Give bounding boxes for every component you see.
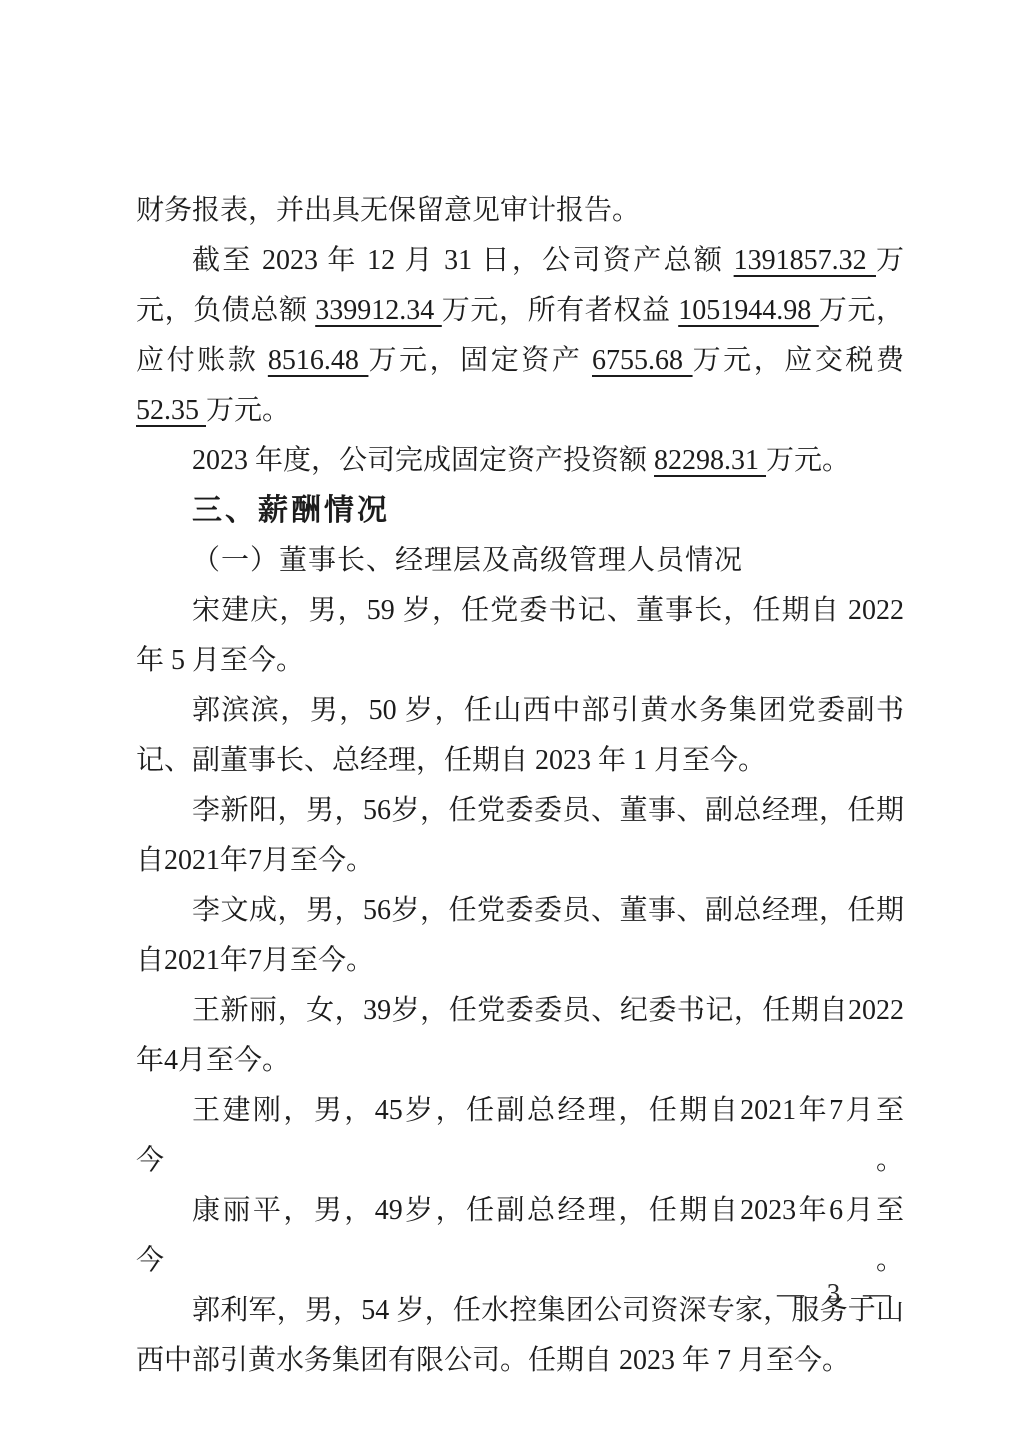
- subheading-executives: （一）董事长、经理层及高级管理人员情况: [136, 536, 904, 586]
- underlined-value: 8516.48: [268, 345, 369, 376]
- document-page: 财务报表，并出具无保留意见审计报告。截至 2023 年 12 月 31 日，公司…: [0, 0, 1024, 1448]
- line-investment: 2023 年度，公司完成固定资产投资额 82298.31 万元。: [136, 436, 904, 486]
- page-number: — 3 —: [777, 1278, 898, 1309]
- text-segment: 西中部引黄水务集团有限公司。任期自 2023 年 7 月至今。: [136, 1345, 850, 1376]
- text-segment: 年 5 月至今。: [136, 645, 304, 676]
- underlined-value: 1391857.32: [734, 245, 876, 276]
- underlined-value: 82298.31: [654, 445, 766, 476]
- text-segment: 宋建庆，男，59 岁，任党委书记、董事长，任期自 2022: [192, 595, 904, 626]
- line-song-jianqing-1: 宋建庆，男，59 岁，任党委书记、董事长，任期自 2022: [136, 586, 904, 636]
- text-segment: 应付账款: [136, 345, 268, 376]
- text-segment: 2023 年度，公司完成固定资产投资额: [192, 445, 654, 476]
- text-segment: 自2021年7月至今。: [136, 945, 374, 976]
- line-wang-jiangang: 王建刚，男，45岁，任副总经理，任期自2021年7月至今。: [136, 1086, 904, 1186]
- line-li-xinyang-1: 李新阳，男，56岁，任党委委员、董事、副总经理，任期: [136, 786, 904, 836]
- text-segment: 万元。: [766, 445, 850, 476]
- text-segment: 万元。: [206, 395, 290, 426]
- text-segment: 王建刚，男，45岁，任副总经理，任期自2021年7月至今。: [136, 1095, 904, 1176]
- text-segment: 截至 2023 年 12 月 31 日，公司资产总额: [192, 245, 734, 276]
- line-li-wencheng-1: 李文成，男，56岁，任党委委员、董事、副总经理，任期: [136, 886, 904, 936]
- heading-salary-section: 三、薪酬情况: [136, 486, 904, 536]
- text-segment: 李新阳，男，56岁，任党委委员、董事、副总经理，任期: [192, 795, 904, 826]
- line-guo-lijun-2: 西中部引黄水务集团有限公司。任期自 2023 年 7 月至今。: [136, 1336, 904, 1386]
- underlined-value: 1051944.98: [678, 295, 819, 326]
- line-song-jianqing-2: 年 5 月至今。: [136, 636, 904, 686]
- underlined-value: 339912.34: [315, 295, 442, 326]
- line-li-xinyang-2: 自2021年7月至今。: [136, 836, 904, 886]
- line-audit-report: 财务报表，并出具无保留意见审计报告。: [136, 186, 904, 236]
- text-segment: 万元，固定资产: [368, 345, 592, 376]
- text-segment: 万: [876, 245, 904, 276]
- text-segment: 年4月至今。: [136, 1045, 290, 1076]
- text-segment: 财务报表，并出具无保留意见审计报告。: [136, 195, 640, 226]
- text-segment: 元，负债总额: [136, 295, 315, 326]
- line-wang-xinli-2: 年4月至今。: [136, 1036, 904, 1086]
- text-segment: 万元，应交税费: [693, 345, 904, 376]
- text-segment: （一）董事长、经理层及高级管理人员情况: [192, 545, 743, 576]
- text-segment: 康丽平，男，49岁，任副总经理，任期自2023年6月至今。: [136, 1195, 904, 1276]
- text-segment: 记、副董事长、总经理，任期自 2023 年 1 月至今。: [136, 745, 766, 776]
- line-assets-3: 应付账款 8516.48 万元，固定资产 6755.68 万元，应交税费: [136, 336, 904, 386]
- line-assets-1: 截至 2023 年 12 月 31 日，公司资产总额 1391857.32 万: [136, 236, 904, 286]
- text-segment: 李文成，男，56岁，任党委委员、董事、副总经理，任期: [192, 895, 904, 926]
- document-content: 财务报表，并出具无保留意见审计报告。截至 2023 年 12 月 31 日，公司…: [136, 186, 904, 1386]
- line-assets-4: 52.35 万元。: [136, 386, 904, 436]
- text-segment: 郭滨滨，男，50 岁，任山西中部引黄水务集团党委副书: [192, 695, 904, 726]
- line-kang-liping: 康丽平，男，49岁，任副总经理，任期自2023年6月至今。: [136, 1186, 904, 1286]
- line-wang-xinli-1: 王新丽，女，39岁，任党委委员、纪委书记，任期自2022: [136, 986, 904, 1036]
- line-guo-binbin-1: 郭滨滨，男，50 岁，任山西中部引黄水务集团党委副书: [136, 686, 904, 736]
- line-assets-2: 元，负债总额 339912.34 万元，所有者权益 1051944.98 万元，: [136, 286, 904, 336]
- line-li-wencheng-2: 自2021年7月至今。: [136, 936, 904, 986]
- text-segment: 自2021年7月至今。: [136, 845, 374, 876]
- line-guo-binbin-2: 记、副董事长、总经理，任期自 2023 年 1 月至今。: [136, 736, 904, 786]
- text-segment: 王新丽，女，39岁，任党委委员、纪委书记，任期自2022: [192, 995, 904, 1026]
- underlined-value: 52.35: [136, 395, 206, 426]
- underlined-value: 6755.68: [592, 345, 693, 376]
- text-segment: 万元，所有者权益: [442, 295, 678, 326]
- text-segment: 万元，: [819, 295, 904, 326]
- text-segment: 三、薪酬情况: [192, 494, 390, 527]
